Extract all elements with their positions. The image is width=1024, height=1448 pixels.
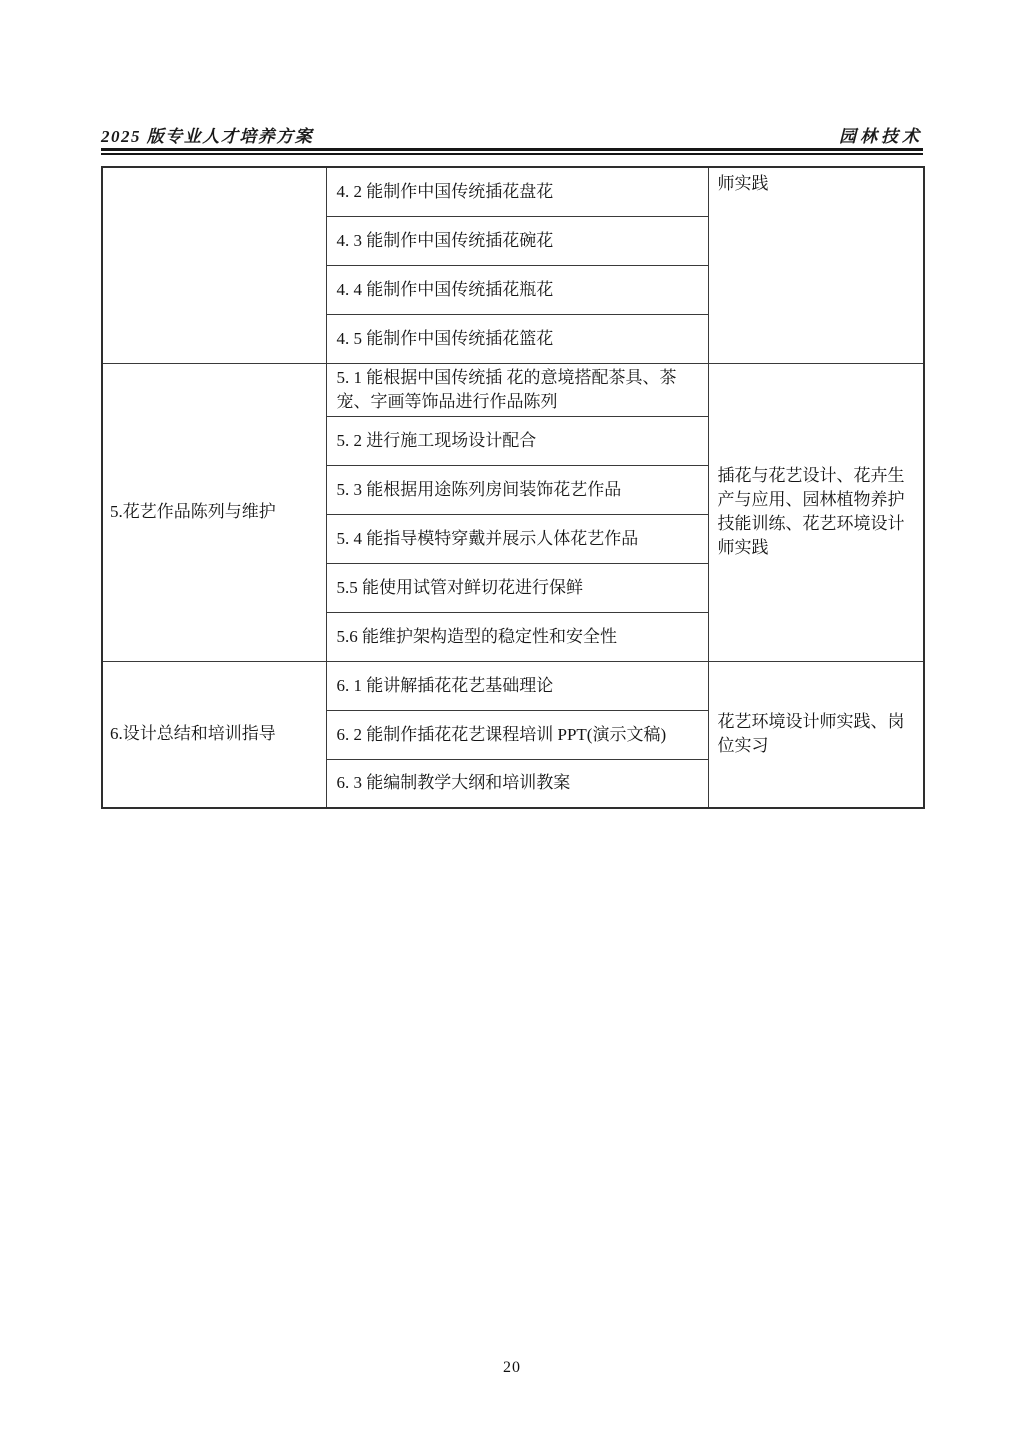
task-cell: 6. 2 能制作插花花艺课程培训 PPT(演示文稿) [326,710,708,759]
task-cell: 4. 2 能制作中国传统插花盘花 [326,167,708,216]
page-number: 20 [0,1359,1024,1377]
table-row: 4. 2 能制作中国传统插花盘花 师实践 [102,167,924,216]
header-rule [101,148,923,155]
document-page: 2025 版专业人才培养方案 园林技术 4. 2 能制作中国传统插花盘花 师实践… [0,0,1024,1448]
course-cell: 花艺环境设计师实践、岗位实习 [708,661,924,808]
task-cell: 4. 4 能制作中国传统插花瓶花 [326,265,708,314]
task-cell: 6. 1 能讲解插花花艺基础理论 [326,661,708,710]
skills-table: 4. 2 能制作中国传统插花盘花 师实践 4. 3 能制作中国传统插花碗花 4.… [101,166,925,809]
task-cell: 5. 3 能根据用途陈列房间装饰花艺作品 [326,465,708,514]
task-cell: 5. 2 进行施工现场设计配合 [326,416,708,465]
header-right-title: 园林技术 [839,122,923,147]
course-cell: 师实践 [708,167,924,363]
task-cell: 5.5 能使用试管对鲜切花进行保鲜 [326,563,708,612]
task-cell: 4. 3 能制作中国传统插花碗花 [326,216,708,265]
table-row: 6.设计总结和培训指导 6. 1 能讲解插花花艺基础理论 花艺环境设计师实践、岗… [102,661,924,710]
category-cell: 6.设计总结和培训指导 [102,661,326,808]
category-cell [102,167,326,363]
category-cell: 5.花艺作品陈列与维护 [102,363,326,661]
task-cell: 4. 5 能制作中国传统插花篮花 [326,314,708,363]
task-cell: 5.6 能维护架构造型的稳定性和安全性 [326,612,708,661]
task-cell: 5. 1 能根据中国传统插 花的意境搭配茶具、茶宠、字画等饰品进行作品陈列 [326,363,708,416]
table-row: 5.花艺作品陈列与维护 5. 1 能根据中国传统插 花的意境搭配茶具、茶宠、字画… [102,363,924,416]
course-cell: 插花与花艺设计、花卉生产与应用、园林植物养护技能训练、花艺环境设计师实践 [708,363,924,661]
task-cell: 6. 3 能编制教学大纲和培训教案 [326,759,708,808]
header-left-title: 2025 版专业人才培养方案 [101,122,313,147]
task-cell: 5. 4 能指导模特穿戴并展示人体花艺作品 [326,514,708,563]
page-header: 2025 版专业人才培养方案 园林技术 [101,122,923,147]
